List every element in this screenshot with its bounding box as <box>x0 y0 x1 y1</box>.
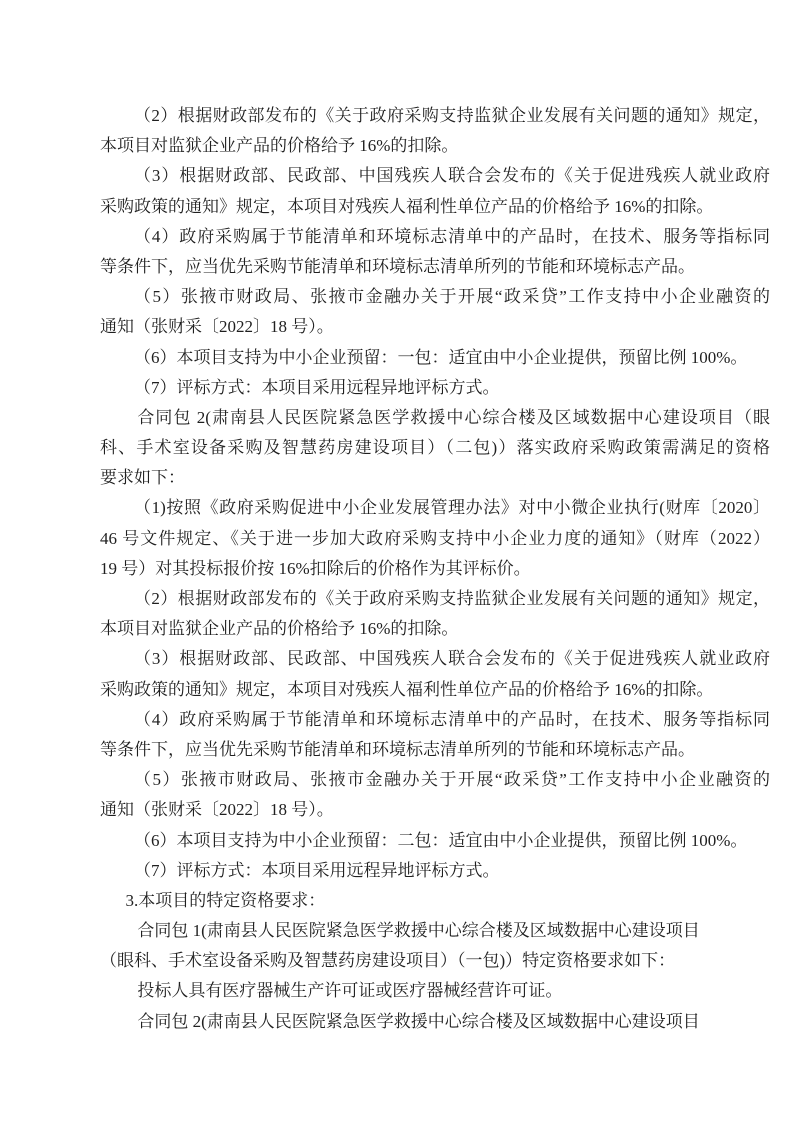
text-line: 3.本项目的特定资格要求： <box>100 886 770 916</box>
pkg1-item-6-sme-reserve: （6）本项目支持为中小企业预留：一包：适宜由中小企业提供，预留比例 100%。 <box>100 343 770 373</box>
pkg1-item-3-disabled-welfare: （3）根据财政部、民政部、中国残疾人联合会发布的《关于促进残疾人就业政府采购政策… <box>100 161 770 221</box>
pkg1-item-5-zhengcaidai: （5）张掖市财政局、张掖市金融办关于开展“政采贷”工作支持中小企业融资的通知（张… <box>100 282 770 342</box>
text-line: （4）政府采购属于节能清单和环境标志清单中的产品时，在技术、服务等指标同 <box>100 222 770 252</box>
pkg1-medical-device-license: 投标人具有医疗器械生产许可证或医疗器械经营许可证。 <box>100 976 770 1006</box>
text-line: （3）根据财政部、民政部、中国残疾人联合会发布的《关于促进残疾人就业政府 <box>100 161 770 191</box>
pkg2-specific-qualification-intro: 合同包 2(肃南县人民医院紧急医学救援中心综合楼及区域数据中心建设项目 <box>100 1007 770 1037</box>
pkg2-item-4-energy-saving: （4）政府采购属于节能清单和环境标志清单中的产品时，在技术、服务等指标同等条件下… <box>100 705 770 765</box>
text-line: 本项目对监狱企业产品的价格给予 16%的扣除。 <box>100 614 770 644</box>
text-line: （7）评标方式：本项目采用远程异地评标方式。 <box>100 373 770 403</box>
text-line: （5）张掖市财政局、张掖市金融办关于开展“政采贷”工作支持中小企业融资的 <box>100 765 770 795</box>
text-line: 科、手术室设备采购及智慧药房建设项目）（二包)）落实政府采购政策需满足的资格 <box>100 433 770 463</box>
text-line: （7）评标方式：本项目采用远程异地评标方式。 <box>100 856 770 886</box>
text-block: （2）根据财政部发布的《关于政府采购支持监狱企业发展有关问题的通知》规定，本项目… <box>100 101 770 1037</box>
text-line: 19 号）对其投标报价按 16%扣除后的价格作为其评标价。 <box>100 554 770 584</box>
text-line: （6）本项目支持为中小企业预留：一包：适宜由中小企业提供，预留比例 100%。 <box>100 343 770 373</box>
text-line: （2）根据财政部发布的《关于政府采购支持监狱企业发展有关问题的通知》规定， <box>100 101 770 131</box>
text-line: 合同包 1(肃南县人民医院紧急医学救援中心综合楼及区域数据中心建设项目 <box>100 916 770 946</box>
pkg2-item-6-sme-reserve: （6）本项目支持为中小企业预留：二包：适宜由中小企业提供，预留比例 100%。 <box>100 826 770 856</box>
text-line: 本项目对监狱企业产品的价格给予 16%的扣除。 <box>100 131 770 161</box>
text-line: （5）张掖市财政局、张掖市金融办关于开展“政采贷”工作支持中小企业融资的 <box>100 282 770 312</box>
text-line: 通知（张财采〔2022〕18 号）。 <box>100 312 770 342</box>
pkg1-specific-qualification-intro: 合同包 1(肃南县人民医院紧急医学救援中心综合楼及区域数据中心建设项目（眼科、手… <box>100 916 770 976</box>
pkg2-item-2-prison-enterprise: （2）根据财政部发布的《关于政府采购支持监狱企业发展有关问题的通知》规定，本项目… <box>100 584 770 644</box>
text-line: （2）根据财政部发布的《关于政府采购支持监狱企业发展有关问题的通知》规定， <box>100 584 770 614</box>
pkg2-item-3-disabled-welfare: （3）根据财政部、民政部、中国残疾人联合会发布的《关于促进残疾人就业政府采购政策… <box>100 644 770 704</box>
text-line: 投标人具有医疗器械生产许可证或医疗器械经营许可证。 <box>100 976 770 1006</box>
pkg1-item-2-prison-enterprise: （2）根据财政部发布的《关于政府采购支持监狱企业发展有关问题的通知》规定，本项目… <box>100 101 770 161</box>
text-line: 采购政策的通知》规定，本项目对残疾人福利性单位产品的价格给予 16%的扣除。 <box>100 192 770 222</box>
text-line: 等条件下，应当优先采购节能清单和环境标志清单所列的节能和环境标志产品。 <box>100 735 770 765</box>
section-3-specific-qualification: 3.本项目的特定资格要求： <box>100 886 770 916</box>
pkg1-item-7-evaluation-method: （7）评标方式：本项目采用远程异地评标方式。 <box>100 373 770 403</box>
pkg1-item-4-energy-saving: （4）政府采购属于节能清单和环境标志清单中的产品时，在技术、服务等指标同等条件下… <box>100 222 770 282</box>
pkg2-item-1-sme-deduction: （1)按照《政府采购促进中小企业发展管理办法》对中小微企业执行(财库〔2020〕… <box>100 493 770 584</box>
text-line: （3）根据财政部、民政部、中国残疾人联合会发布的《关于促进残疾人就业政府 <box>100 644 770 674</box>
text-line: 合同包 2(肃南县人民医院紧急医学救援中心综合楼及区域数据中心建设项目（眼 <box>100 403 770 433</box>
text-line: 等条件下，应当优先采购节能清单和环境标志清单所列的节能和环境标志产品。 <box>100 252 770 282</box>
text-line: （4）政府采购属于节能清单和环境标志清单中的产品时，在技术、服务等指标同 <box>100 705 770 735</box>
text-line: 合同包 2(肃南县人民医院紧急医学救援中心综合楼及区域数据中心建设项目 <box>100 1007 770 1037</box>
text-line: （1)按照《政府采购促进中小企业发展管理办法》对中小微企业执行(财库〔2020〕 <box>100 493 770 523</box>
text-line: 采购政策的通知》规定，本项目对残疾人福利性单位产品的价格给予 16%的扣除。 <box>100 675 770 705</box>
document-page: （2）根据财政部发布的《关于政府采购支持监狱企业发展有关问题的通知》规定，本项目… <box>0 0 793 1122</box>
text-line: 要求如下： <box>100 463 770 493</box>
text-line: 46 号文件规定、《关于进一步加大政府采购支持中小企业力度的通知》（财库（202… <box>100 524 770 554</box>
pkg2-item-7-evaluation-method: （7）评标方式：本项目采用远程异地评标方式。 <box>100 856 770 886</box>
text-line: （眼科、手术室设备采购及智慧药房建设项目）（一包)）特定资格要求如下： <box>100 946 770 976</box>
pkg2-policy-requirements-intro: 合同包 2(肃南县人民医院紧急医学救援中心综合楼及区域数据中心建设项目（眼科、手… <box>100 403 770 494</box>
pkg2-item-5-zhengcaidai: （5）张掖市财政局、张掖市金融办关于开展“政采贷”工作支持中小企业融资的通知（张… <box>100 765 770 825</box>
text-line: 通知（张财采〔2022〕18 号）。 <box>100 795 770 825</box>
text-line: （6）本项目支持为中小企业预留：二包：适宜由中小企业提供，预留比例 100%。 <box>100 826 770 856</box>
